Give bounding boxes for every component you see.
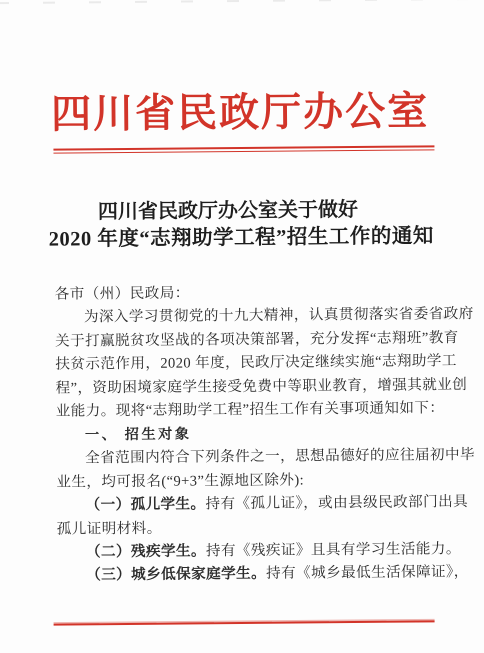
body-segment-emphasis: （三）城乡低保家庭学生。	[86, 566, 266, 584]
document-title-line2: 2020 年度“志翔助学工程”招生工作的通知	[0, 224, 483, 253]
body-segment: 持有《城乡最低生活保障证》，	[266, 564, 469, 582]
letterhead-red-rule	[53, 145, 434, 153]
body-segment-emphasis: （二）残疾学生。	[86, 543, 206, 560]
body-segment-emphasis: 一、 招生对象	[85, 426, 192, 443]
body-line: 程”，资助困境家庭学生接受免费中等职业教育，增强其就业创	[55, 374, 429, 401]
letterhead-org-name: 四川省民政厅办公室	[0, 89, 482, 137]
document-title-line1: 四川省民政厅办公室关于做好	[0, 197, 470, 225]
body-segment-emphasis: （一）孤儿学生。	[85, 496, 205, 513]
body-line: 扶贫示范作用，2020 年度，民政厅决定继续实施“志翔助学工	[55, 351, 429, 378]
body-segment: 持有《残疾证》且具有学习生活能力。	[206, 541, 461, 559]
body-line: （一）孤儿学生。持有《孤儿证》，或由县级民政部门出具	[56, 491, 430, 518]
body-segment: 持有《孤儿证》，或由县级民政部门出具	[205, 494, 468, 512]
scan-edge-artifact	[0, 0, 481, 4]
body-segment: 业能力。现将“志翔助学工程”招生工作有关事项通知如下：	[56, 401, 445, 420]
body-line: 一、 招生对象	[56, 421, 430, 448]
body-segment: 孤儿证明材料。	[57, 520, 162, 537]
body-line: 业生，均可报名(“9+3”生源地区除外):	[56, 468, 430, 495]
body-segment: 全省范围内符合下列条件之一，思想品德好的应往届初中毕	[85, 447, 475, 466]
scanned-document-page: 四川省民政厅办公室 四川省民政厅办公室关于做好 2020 年度“志翔助学工程”招…	[0, 0, 484, 653]
footer-red-rule	[54, 620, 435, 625]
body-line: 全省范围内符合下列条件之一，思想品德好的应往届初中毕	[56, 445, 430, 472]
body-line: 关于打赢脱贫攻坚战的各项决策部署，充分发挥“志翔班”教育	[55, 327, 429, 354]
body-segment: 各市（州）民政局：	[55, 285, 190, 302]
body-line: （三）城乡低保家庭学生。持有《城乡最低生活保障证》，	[57, 562, 431, 589]
document-body: 各市（州）民政局：为深入学习贯彻党的十九大精神，认真贯彻落实省委省政府关于打赢脱…	[55, 280, 432, 588]
body-line: 孤儿证明材料。	[57, 515, 431, 542]
body-segment: 扶贫示范作用，2020 年度，民政厅决定继续实施“志翔助学工	[55, 353, 457, 373]
document-content: 四川省民政厅办公室 四川省民政厅办公室关于做好 2020 年度“志翔助学工程”招…	[0, 0, 484, 653]
body-segment: 关于打赢脱贫攻坚战的各项决策部署，充分发挥“志翔班”教育	[55, 330, 459, 350]
body-line: 业能力。现将“志翔助学工程”招生工作有关事项通知如下：	[56, 398, 430, 425]
body-segment: 程”，资助困境家庭学生接受免费中等职业教育，增强其就业创	[55, 377, 467, 397]
body-segment: 为深入学习贯彻党的十九大精神，认真贯彻落实省委省政府	[84, 306, 474, 325]
body-line: （二）残疾学生。持有《残疾证》且具有学习生活能力。	[57, 538, 431, 565]
body-segment: 业生，均可报名(“9+3”生源地区除外):	[56, 472, 304, 490]
body-line: 为深入学习贯彻党的十九大精神，认真贯彻落实省委省政府	[55, 304, 429, 331]
body-line: 各市（州）民政局：	[55, 280, 429, 307]
